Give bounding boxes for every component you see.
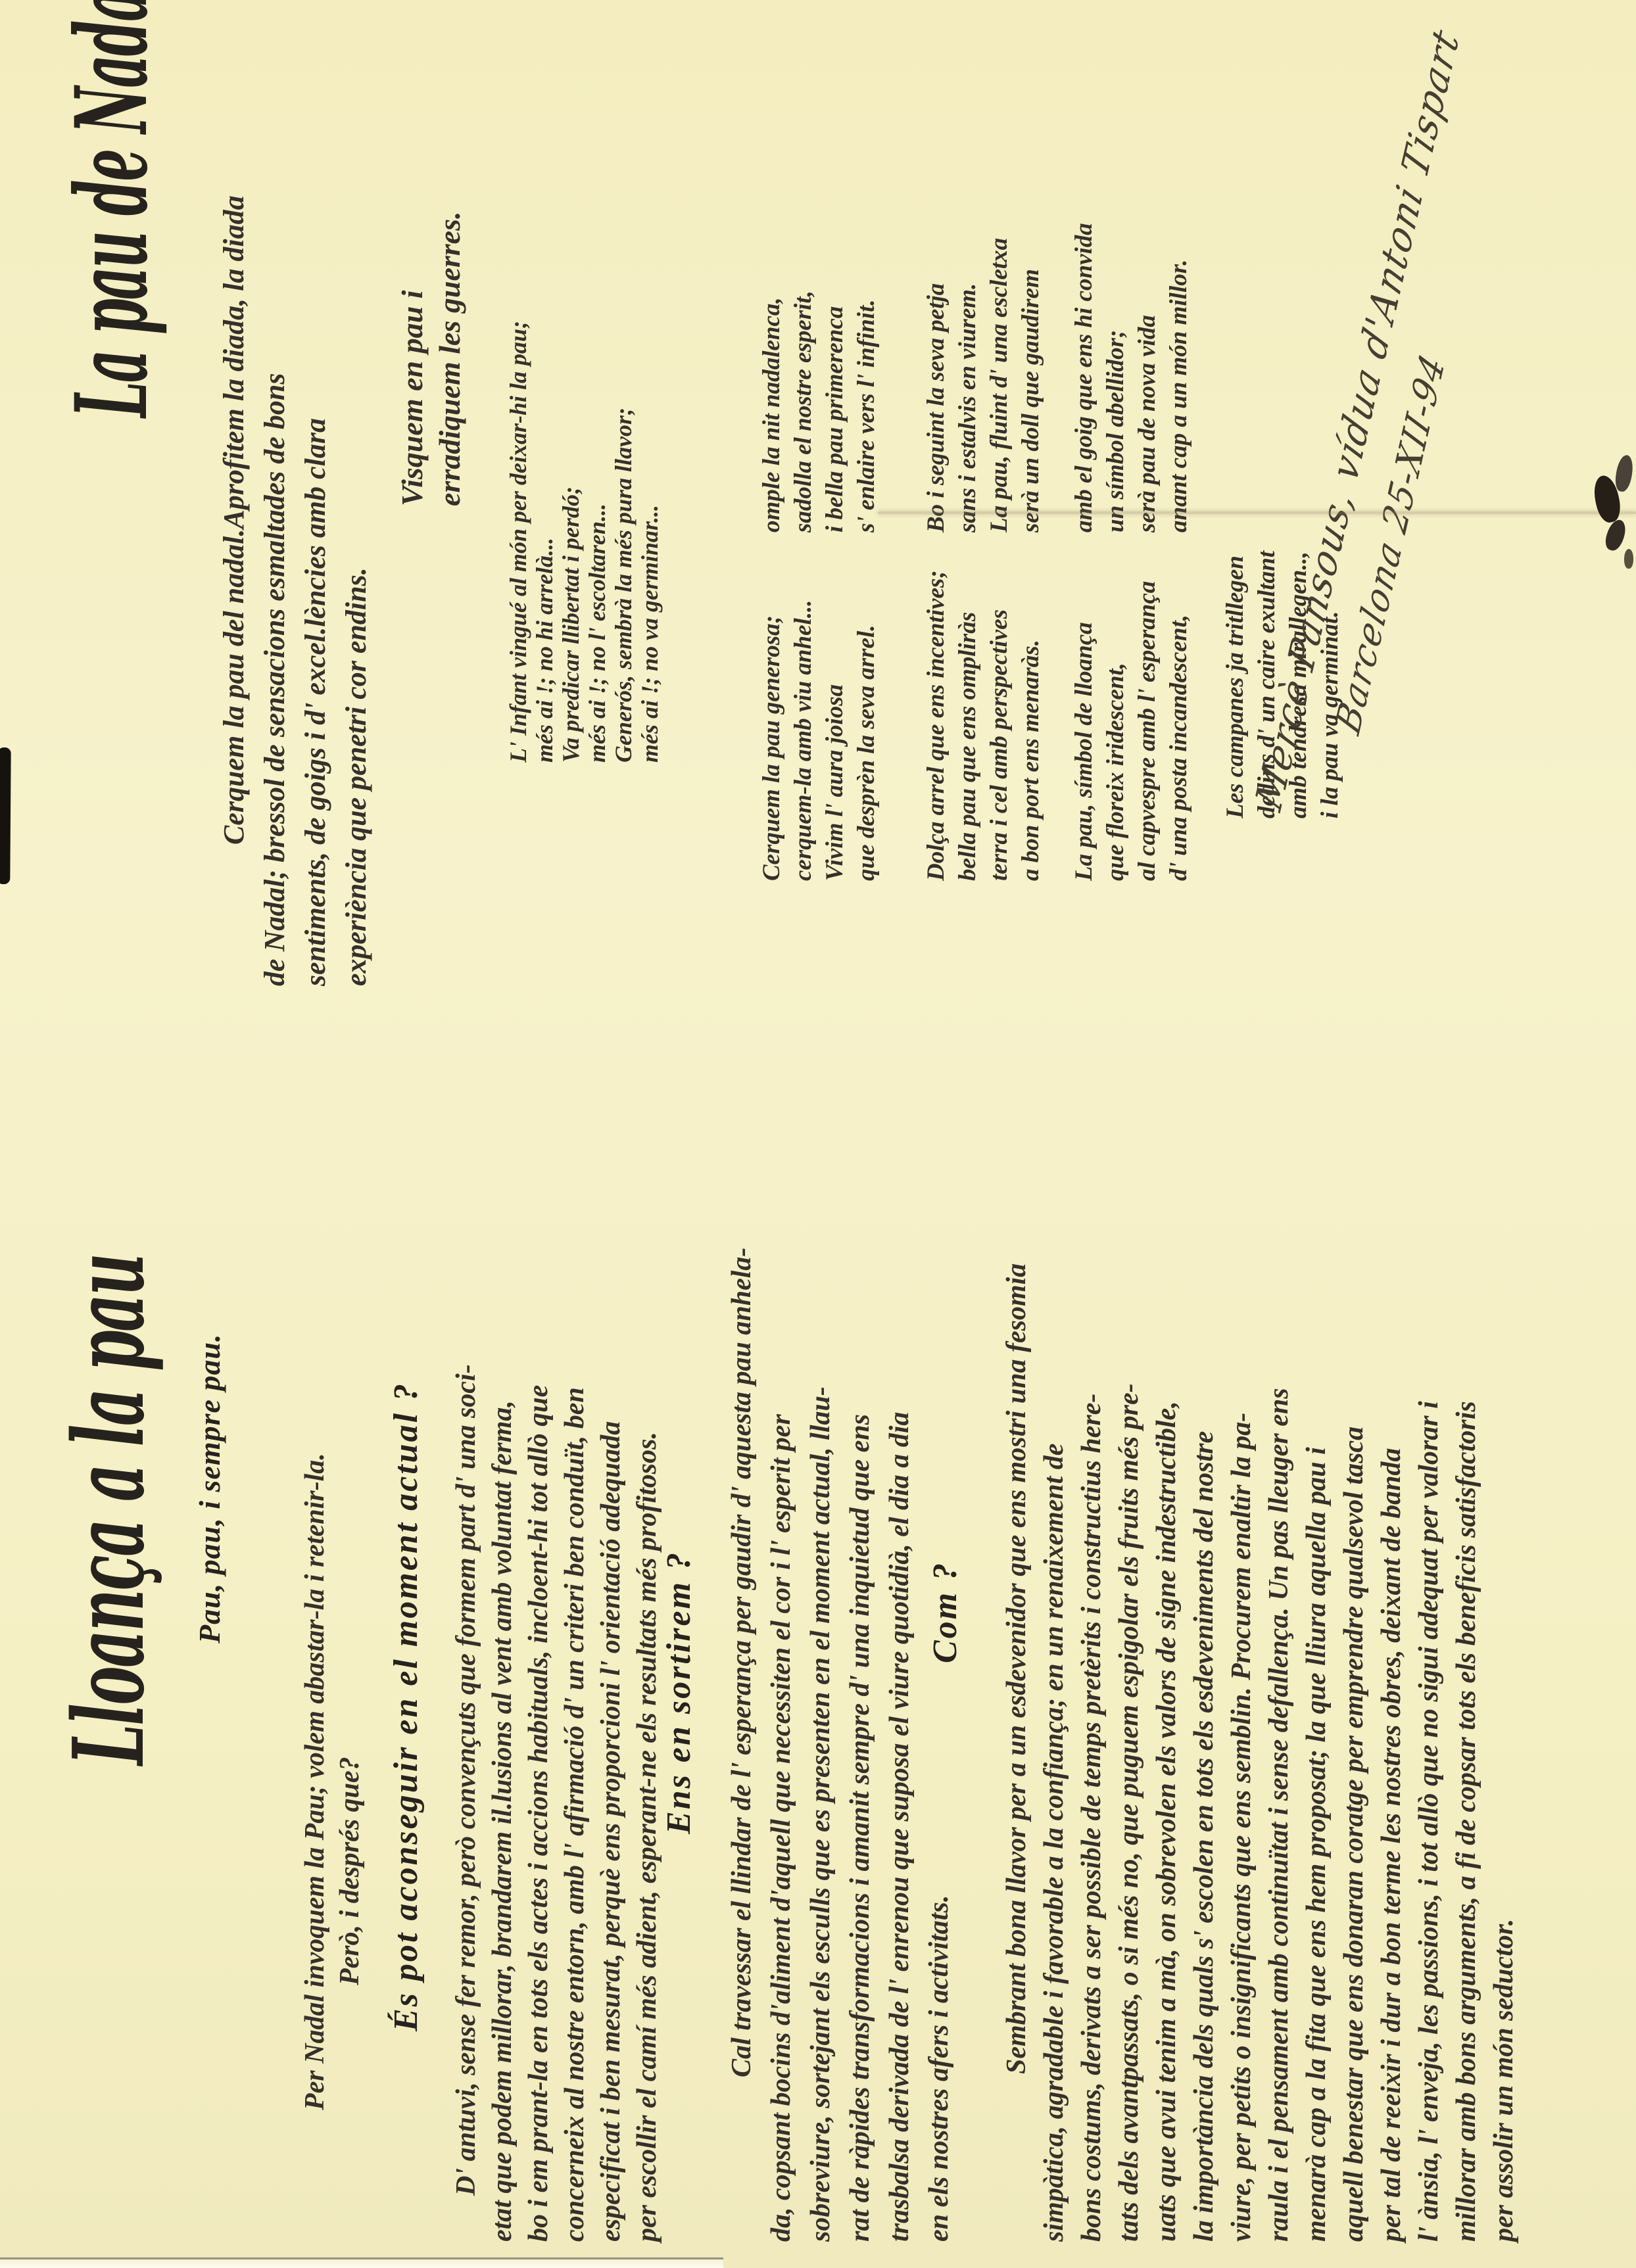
- poem-title-text: La pau de Nadal: [54, 0, 170, 417]
- text-line: uats que avui tenim a mà, on sobrevolen …: [1148, 1264, 1186, 2242]
- scanned-document-page: La pau de Nadal Cerquem la pau del nadal…: [0, 0, 1636, 2268]
- text-line: millorar amb bons arguments, a fi de cop…: [1448, 1264, 1485, 2242]
- text-line: experiència que penetri cor endins.: [336, 195, 377, 986]
- text-line: trasbalsa derivada de l' enrenou que sup…: [880, 1248, 919, 2242]
- text-line: més ai !; no hi arrelà...: [531, 321, 558, 763]
- text-line: bella pau que ens ompliràs: [952, 570, 984, 881]
- scanner-streak-artifact: [0, 747, 11, 884]
- text-line: la importància dels quals s' escolen en …: [1186, 1264, 1223, 2242]
- text-line: bo i em prant-la en tots els actes i acc…: [521, 1364, 557, 2242]
- poem-intro-paragraph: Cerquem la pau del nadal.Aprofitem la di…: [214, 195, 377, 986]
- paper-edge-strip: [0, 2259, 723, 2268]
- fold-crease: [878, 511, 1636, 514]
- poem-stanza-infant: L' Infant vingué al món per deixar-hi la…: [505, 321, 663, 763]
- section-heading-2: Ens en sortirem ?: [660, 1551, 698, 1834]
- text-line: erradiquem les guerres.: [431, 212, 468, 507]
- text-line: a bon port ens menaràs.: [1015, 570, 1047, 881]
- torn-edge-mark: [1602, 517, 1629, 553]
- article-title-text: Lloança a la pau: [51, 1255, 166, 1765]
- text-line: per assolir un món seductor.: [1485, 1264, 1523, 2242]
- text-line: en els nostres afers i activitats.: [919, 1248, 959, 2242]
- text-line: un símbol abellidor;: [1100, 223, 1132, 532]
- text-line: amb el goig que ens hi convida: [1069, 223, 1100, 532]
- text-line: terra i cel amb perspectives: [984, 570, 1015, 881]
- text-line: menarà cap a la fita que ens hem proposa…: [1298, 1264, 1335, 2242]
- text-line: per tal de reeixir i dur a bon terme les…: [1373, 1264, 1410, 2242]
- text-line: etat que podem millorar, brandarem il.lu…: [485, 1364, 521, 2242]
- text-line: Dolça arrel que ens incentives;: [921, 570, 952, 881]
- article-intro-line-1: Per Nadal invoquem la Pau; volem abastar…: [299, 1453, 331, 2110]
- torn-edge-mark: [1614, 454, 1635, 492]
- text-line: Cerquem la pau del nadal.Aprofitem la di…: [214, 195, 254, 986]
- text-line: s' enlaire vers l' infinit.: [851, 291, 882, 532]
- text-line: sans i estalvis en viurem.: [952, 238, 984, 532]
- quatrain-row3-right: amb el goig que ens hi convidaun símbol …: [1069, 223, 1195, 532]
- handwritten-signature: Mercè Pansous, vídua d'Antoni Tispart Ba…: [1246, 26, 1526, 825]
- section-paragraph-2: Cal travessar el llindar de l' esperança…: [722, 1248, 959, 2242]
- text-line: bons costums, derivats a ser possible de…: [1073, 1264, 1111, 2242]
- text-line: sadolla el nostre esperit,: [788, 291, 819, 532]
- quatrain-row1-right: omple la nit nadalenca,sadolla el nostre…: [756, 291, 882, 532]
- text-line: L' Infant vingué al món per deixar-hi la…: [505, 321, 531, 763]
- text-line: Vivim l' aura joiosa: [819, 600, 851, 881]
- text-line: Sembrant bona llavor per a un esdevenido…: [998, 1264, 1036, 2242]
- text-line: serà un doll que gaudirem: [1015, 238, 1047, 532]
- text-line: especificat i ben mesurat, perquè ens pr…: [593, 1364, 629, 2242]
- text-line: simpàtica, agradable i favorable a la co…: [1036, 1264, 1073, 2242]
- text-line: raula i el pensament amb continuïtat i s…: [1261, 1264, 1298, 2242]
- text-line: La pau, fluint d' una escletxa: [984, 238, 1015, 532]
- text-line: omple la nit nadalenca,: [756, 291, 788, 532]
- poem-title: La pau de Nadal: [54, 0, 170, 417]
- text-line: i bella pau primerenca: [819, 291, 851, 532]
- text-line: Generós, sembrà la més pura llavor;: [610, 321, 637, 763]
- section-paragraph-3: Sembrant bona llavor per a un esdevenido…: [998, 1264, 1523, 2242]
- quatrain-row2-left: Dolça arrel que ens incentives;bella pau…: [921, 570, 1047, 881]
- article-subtitle: Pau, pau, i sempre pau.: [192, 1333, 227, 1643]
- section-heading-1: És pot aconseguir en el moment actual ?: [387, 1382, 425, 2031]
- text-line: La pau, símbol de lloança: [1069, 581, 1100, 881]
- article-intro-line-2: Però, i després que?: [334, 1757, 366, 1985]
- text-line: Cerquem la pau generosa;: [756, 600, 788, 881]
- text-line: més ai !; no l' escoltaren...: [584, 321, 610, 763]
- text-line: Bo i seguint la seva petja: [921, 238, 952, 532]
- text-line: viure, per petits o insignificants que e…: [1223, 1264, 1261, 2242]
- text-line: cerquem-la amb viu anhel...: [788, 600, 819, 881]
- text-line: tats dels avantpassats, o si més no, que…: [1111, 1264, 1148, 2242]
- text-line: Va predicar llibertat i perdó;: [558, 321, 584, 763]
- document-landscape-layout: La pau de Nadal Cerquem la pau del nadal…: [0, 0, 1636, 2268]
- text-line: anant cap a un món millor.: [1163, 223, 1195, 532]
- text-line: que desprèn la seva arrel.: [851, 600, 882, 881]
- text-line: rat de ràpides transformacions i amanit …: [840, 1248, 880, 2242]
- section-paragraph-1: D' antuvi, sense fer remor, però convenç…: [448, 1364, 665, 2242]
- text-line: aquell benestar que ens donaran coratge …: [1335, 1264, 1373, 2242]
- poem-motto: Visquem en pau ierradiquem les guerres.: [393, 212, 468, 507]
- article-title: Lloança a la pau: [51, 914, 166, 1765]
- text-line: d' una posta incandescent,: [1163, 581, 1195, 881]
- text-line: de Nadal; bressol de sensacions esmaltad…: [254, 195, 295, 986]
- text-line: sentiments, de goigs i d' excel.lències …: [295, 195, 336, 986]
- text-line: serà pau de nova vida: [1132, 223, 1163, 532]
- text-line: Cal travessar el llindar de l' esperança…: [722, 1248, 761, 2242]
- text-line: concerneix al nostre entorn, amb l' afir…: [557, 1364, 593, 2242]
- text-line: més ai !; no va germinar...: [637, 321, 663, 763]
- text-line: D' antuvi, sense fer remor, però convenç…: [448, 1364, 485, 2242]
- quatrain-row3-left: La pau, símbol de lloançaque floreix iri…: [1069, 581, 1195, 881]
- text-line: l' ànsia, l' enveja, les passions, i tot…: [1410, 1264, 1448, 2242]
- section-heading-3: Com ?: [926, 1561, 965, 1663]
- paper-edge-line: [0, 2257, 723, 2259]
- text-line: Visquem en pau i: [393, 212, 431, 507]
- quatrain-row1-left: Cerquem la pau generosa;cerquem-la amb v…: [756, 600, 882, 881]
- text-line: sobreviure, sortejant els esculls que es…: [801, 1248, 840, 2242]
- text-line: Les campanes ja tritllegen: [1220, 551, 1251, 818]
- text-line: da, copsant bocins d'aliment d'aquell qu…: [761, 1248, 801, 2242]
- quatrain-row2-right: Bo i seguint la seva petjasans i estalvi…: [921, 238, 1047, 532]
- torn-edge-mark: [1624, 549, 1633, 569]
- text-line: que floreix iridescent,: [1100, 581, 1132, 881]
- text-line: al capvespre amb l' esperança: [1132, 581, 1163, 881]
